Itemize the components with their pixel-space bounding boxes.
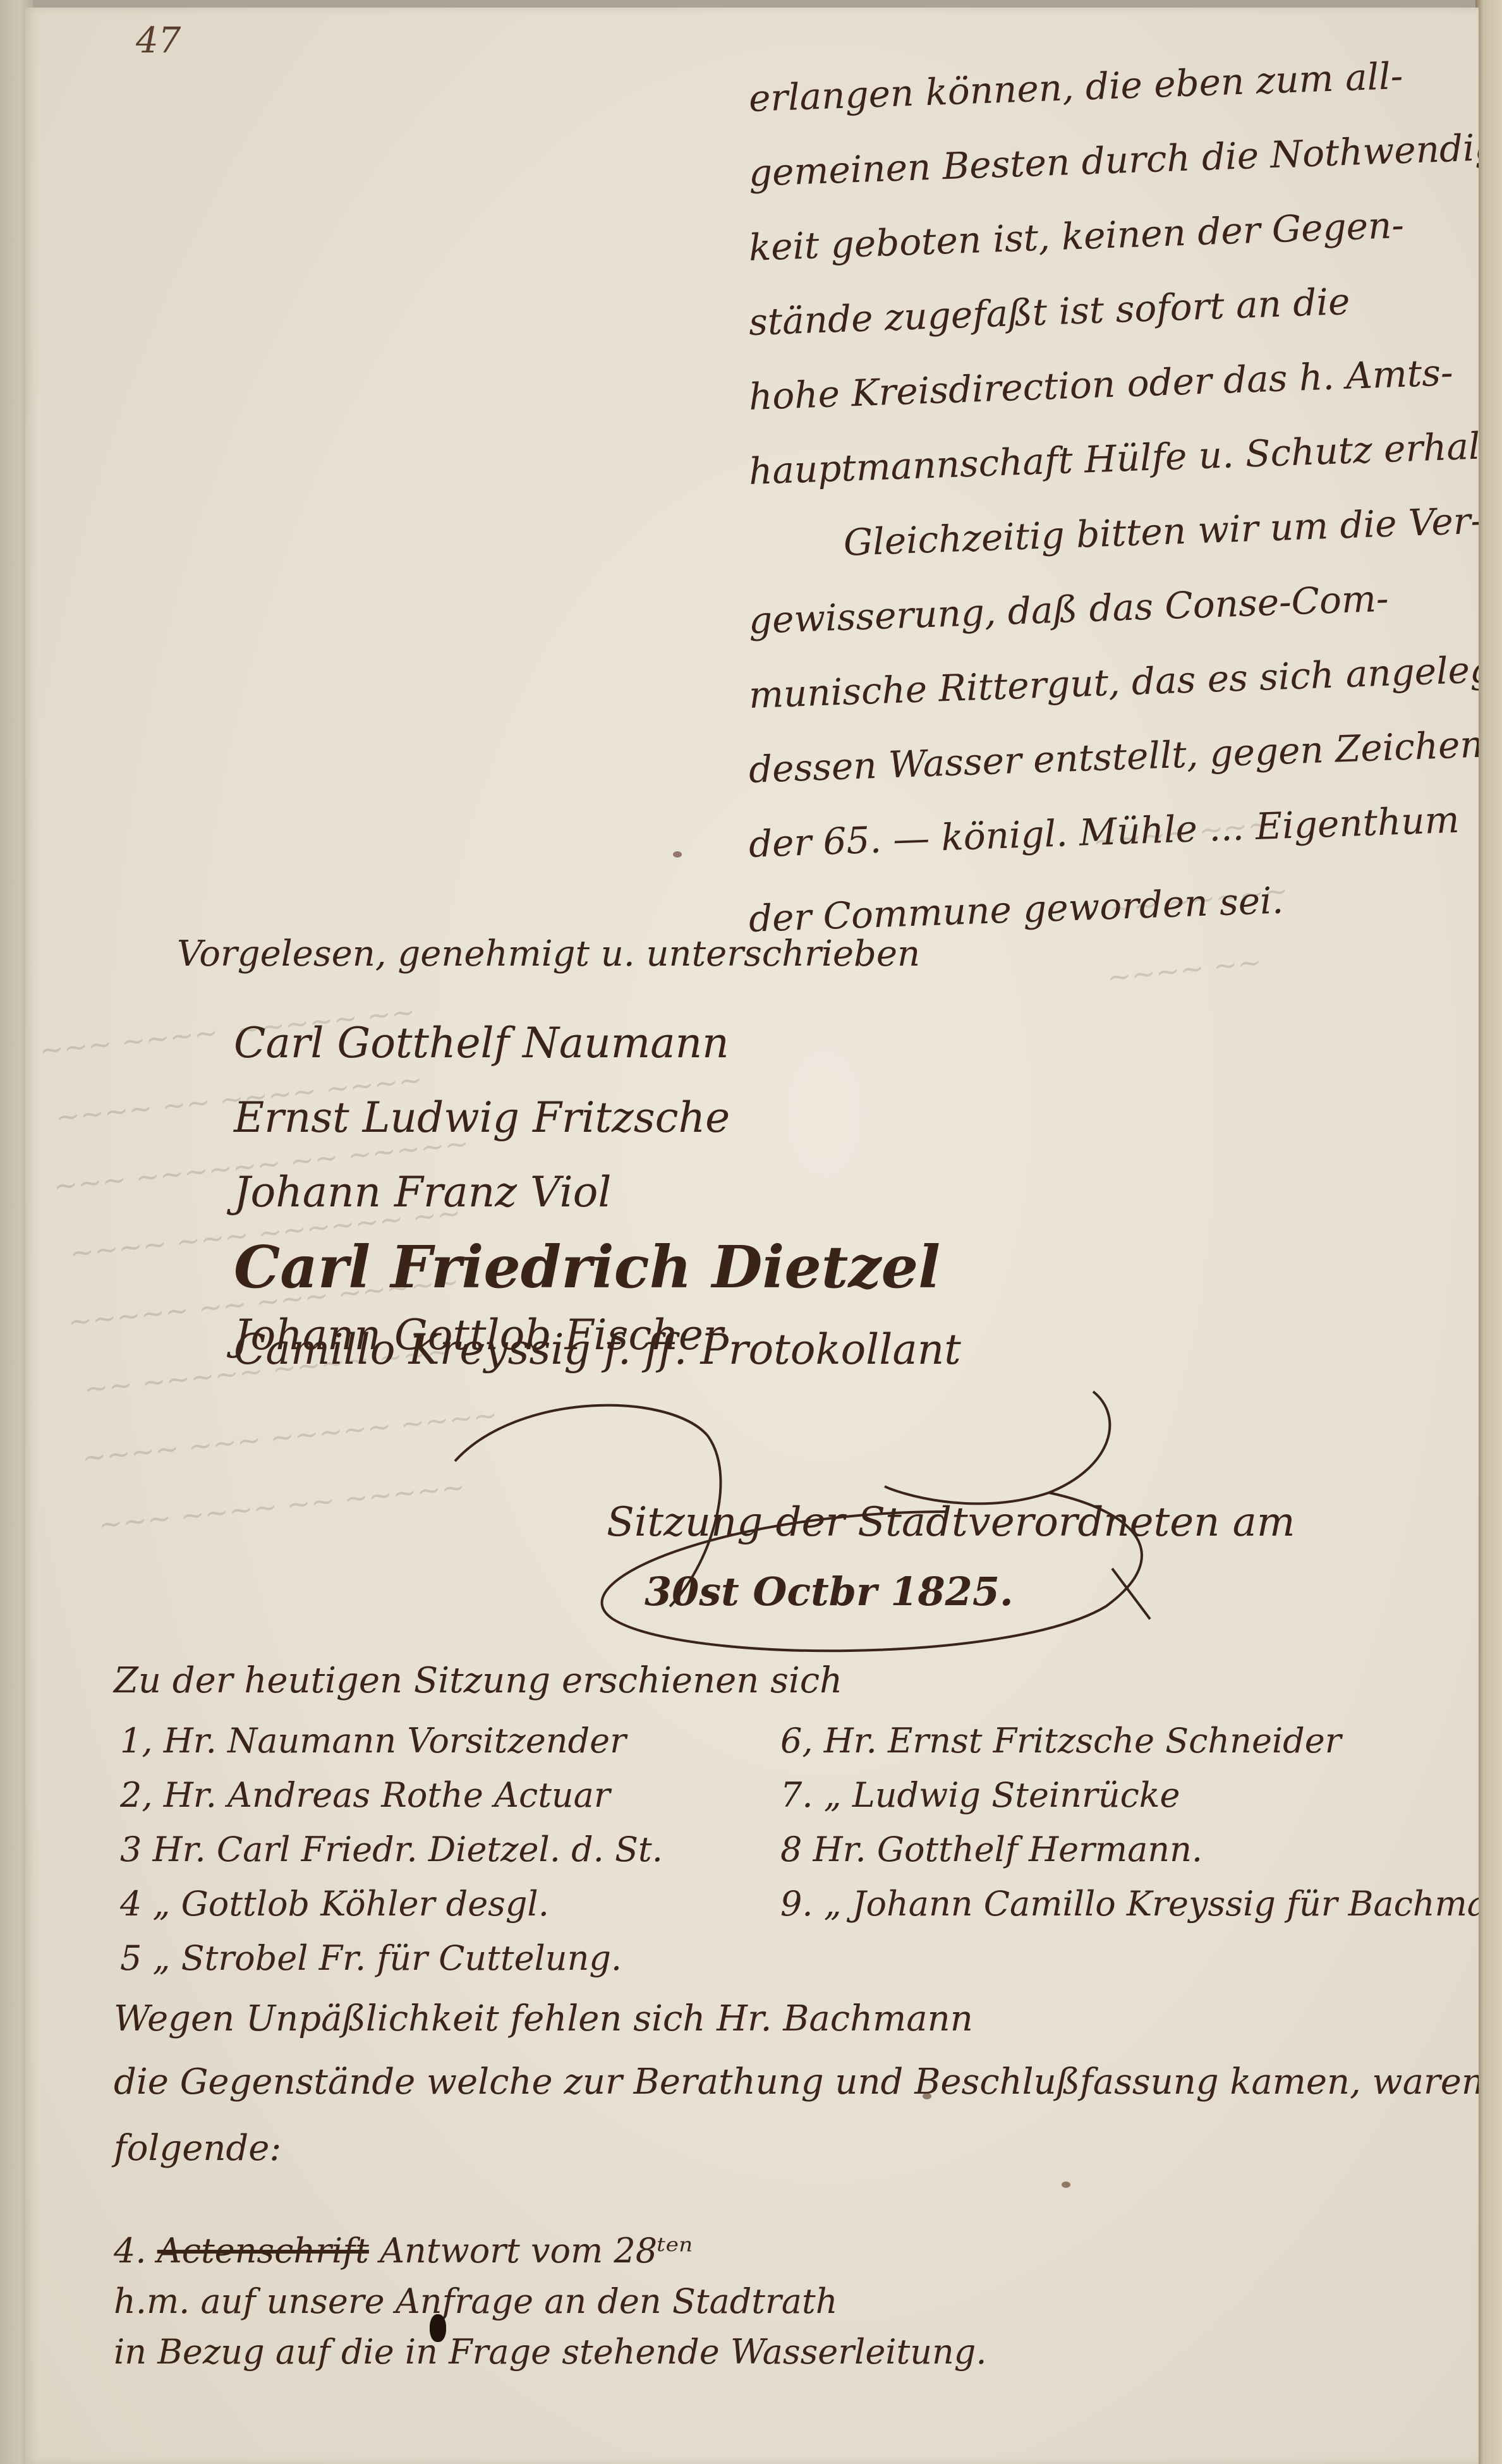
attendee-row: 6, Hr. Ernst Fritzsche Schneider [780,1714,1479,1768]
attendee-name: Hr. Carl Friedr. Dietzel. d. St. [153,1830,663,1869]
agenda-item-text: Antwort vom 28ᵗᵉⁿ [380,2231,693,2271]
agenda-intro-continued: folgende: [114,2128,281,2169]
attendee-name: Hr. Ernst Fritzsche Schneider [824,1721,1342,1761]
attendee-row: 7. „ Ludwig Steinrücke [780,1768,1479,1823]
attendee-list-right: 6, Hr. Ernst Fritzsche Schneider 7. „ Lu… [780,1714,1479,1931]
attendee-number: 4 [120,1884,142,1924]
adjacent-page-edge [1475,0,1502,2464]
signature: Carl Friedrich Dietzel [234,1230,940,1304]
upper-text-block: erlangen können, die eben zum all- gemei… [749,61,1479,956]
agenda-item-text: h.m. auf unsere Anfrage an den Stadtrath [114,2281,837,2321]
attendee-list-left: 1, Hr. Naumann Vorsitzender 2, Hr. Andre… [120,1714,663,1986]
attendee-name: Hr. Andreas Rothe Actuar [164,1775,610,1815]
attendee-name: „ Strobel Fr. für Cuttelung. [153,1938,622,1978]
attendee-row: 1, Hr. Naumann Vorsitzender [120,1714,663,1768]
attendee-number: 1, [120,1721,153,1761]
page-number: 47 [136,20,181,61]
signature: Johann Franz Viol [234,1155,940,1230]
agenda-item-text: in Bezug auf die in Frage stehende Wasse… [114,2332,987,2372]
attendee-number: 3 [120,1830,142,1869]
attendee-number: 2, [120,1775,153,1815]
attendee-name: Hr. Gotthelf Hermann. [813,1830,1203,1869]
session-date: 30st Octbr 1825. [645,1569,1014,1615]
attendee-name: „ Johann Camillo Kreyssig für Bachmann [824,1884,1479,1924]
attendee-number: 7. [780,1775,813,1815]
ink-blot [430,2314,446,2342]
attendee-row: 9. „ Johann Camillo Kreyssig für Bachman… [780,1877,1479,1931]
ink-spot [923,2093,931,2099]
ink-spot [673,851,682,858]
agenda-items: 4. Actenschrift Antwort vom 28ᵗᵉⁿ h.m. a… [114,2226,987,2377]
agenda-item: 4. Actenschrift Antwort vom 28ᵗᵉⁿ [114,2226,987,2276]
agenda-item-number: 4. [114,2231,147,2271]
attendee-row: 8 Hr. Gotthelf Hermann. [780,1823,1479,1877]
session-title: Sitzung der Stadtverordneten am [607,1499,1295,1546]
signature: Ernst Ludwig Fritzsche [234,1081,940,1155]
attendee-row: 3 Hr. Carl Friedr. Dietzel. d. St. [120,1823,663,1877]
attendee-name: Hr. Naumann Vorsitzender [164,1721,626,1761]
agenda-item-continued: h.m. auf unsere Anfrage an den Stadtrath [114,2276,987,2327]
attendee-name: „ Gottlob Köhler desgl. [153,1884,549,1924]
attendee-name: „ Ludwig Steinrücke [824,1775,1180,1815]
agenda-intro: die Gegenstände welche zur Berathung und… [114,2061,1479,2103]
signature: Carl Gotthelf Naumann [234,1006,940,1081]
agenda-item-continued: in Bezug auf die in Frage stehende Wasse… [114,2327,987,2377]
struck-through-word: Actenschrift [157,2231,369,2271]
attendance-intro: Zu der heutigen Sitzung erschienen sich [114,1660,842,1701]
attendee-number: 5 [120,1938,142,1978]
excused-line: Wegen Unpäßlichkeit fehlen sich Hr. Bach… [114,1998,973,2039]
signature-list: Carl Gotthelf Naumann Ernst Ludwig Fritz… [234,1006,940,1373]
manuscript-page: ~~~ ~~~~ ~~~~~ ~~ ~~~~ ~~ ~~~~ ~~~~ ~~~ … [25,8,1479,2464]
attendee-number: 9. [780,1884,813,1924]
attendee-row: 5 „ Strobel Fr. für Cuttelung. [120,1931,663,1986]
closing-formula: Vorgelesen, genehmigt u. unterschrieben [177,933,920,974]
ink-spot [1062,2182,1070,2188]
attendee-number: 6, [780,1721,813,1761]
attendee-row: 4 „ Gottlob Köhler desgl. [120,1877,663,1931]
attendee-row: 2, Hr. Andreas Rothe Actuar [120,1768,663,1823]
attendee-number: 8 [780,1830,802,1869]
